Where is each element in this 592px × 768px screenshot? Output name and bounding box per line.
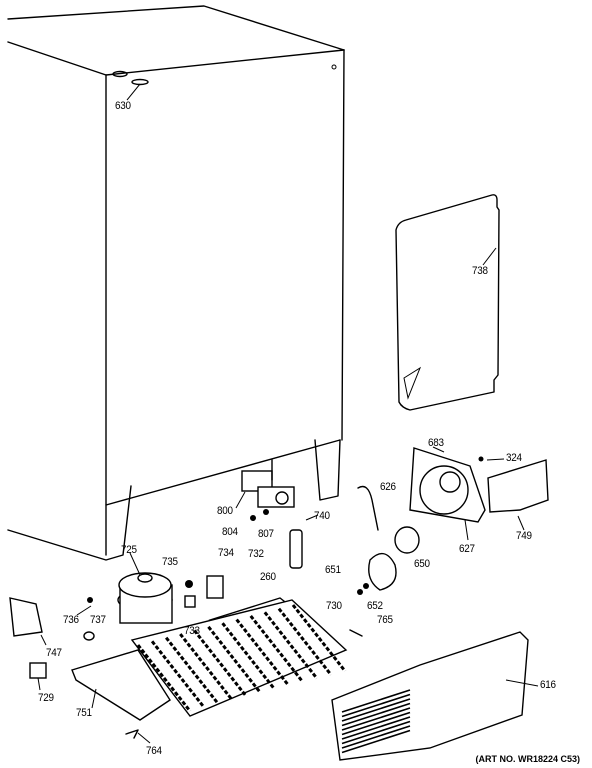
label-738: 738	[472, 265, 488, 277]
water-valve-800	[236, 460, 294, 508]
label-260: 260	[260, 571, 276, 583]
exploded-parts-diagram	[0, 0, 592, 768]
label-729: 729	[38, 692, 54, 704]
label-650: 650	[414, 558, 430, 570]
label-807: 807	[258, 528, 274, 540]
cabinet	[8, 6, 344, 560]
label-651: 651	[325, 564, 341, 576]
label-737: 737	[90, 614, 106, 626]
bracket-765	[350, 630, 362, 636]
cover-749	[488, 460, 548, 512]
fan-shroud-627	[410, 448, 485, 522]
label-725: 725	[121, 544, 137, 556]
art-number: (ART NO. WR18224 C53)	[475, 754, 580, 764]
cord-626	[358, 487, 378, 531]
fan-blade-651	[369, 554, 396, 590]
label-652: 652	[367, 600, 383, 612]
label-740: 740	[314, 510, 330, 522]
label-734: 734	[218, 547, 234, 559]
cover-747	[10, 598, 42, 636]
label-736: 736	[63, 614, 79, 626]
label-733: 733	[184, 625, 200, 637]
wire-loop-738	[396, 195, 499, 410]
label-683: 683	[428, 437, 444, 449]
label-765: 765	[377, 614, 393, 626]
label-626: 626	[380, 481, 396, 493]
label-800: 800	[217, 505, 233, 517]
relay-734	[207, 576, 223, 598]
label-732: 732	[248, 548, 264, 560]
label-630: 630	[115, 100, 131, 112]
box-729	[30, 663, 46, 678]
compressor-725	[118, 573, 172, 623]
label-324: 324	[506, 452, 522, 464]
fan-motor-650	[395, 527, 419, 553]
label-747: 747	[46, 647, 62, 659]
clip-764	[126, 730, 138, 738]
capacitor-740	[290, 530, 302, 568]
label-735: 735	[162, 556, 178, 568]
label-751: 751	[76, 707, 92, 719]
label-616: 616	[540, 679, 556, 691]
grille-616	[332, 632, 528, 760]
label-804: 804	[222, 526, 238, 538]
label-764: 764	[146, 745, 162, 757]
label-627: 627	[459, 543, 475, 555]
label-749: 749	[516, 530, 532, 542]
label-730: 730	[326, 600, 342, 612]
